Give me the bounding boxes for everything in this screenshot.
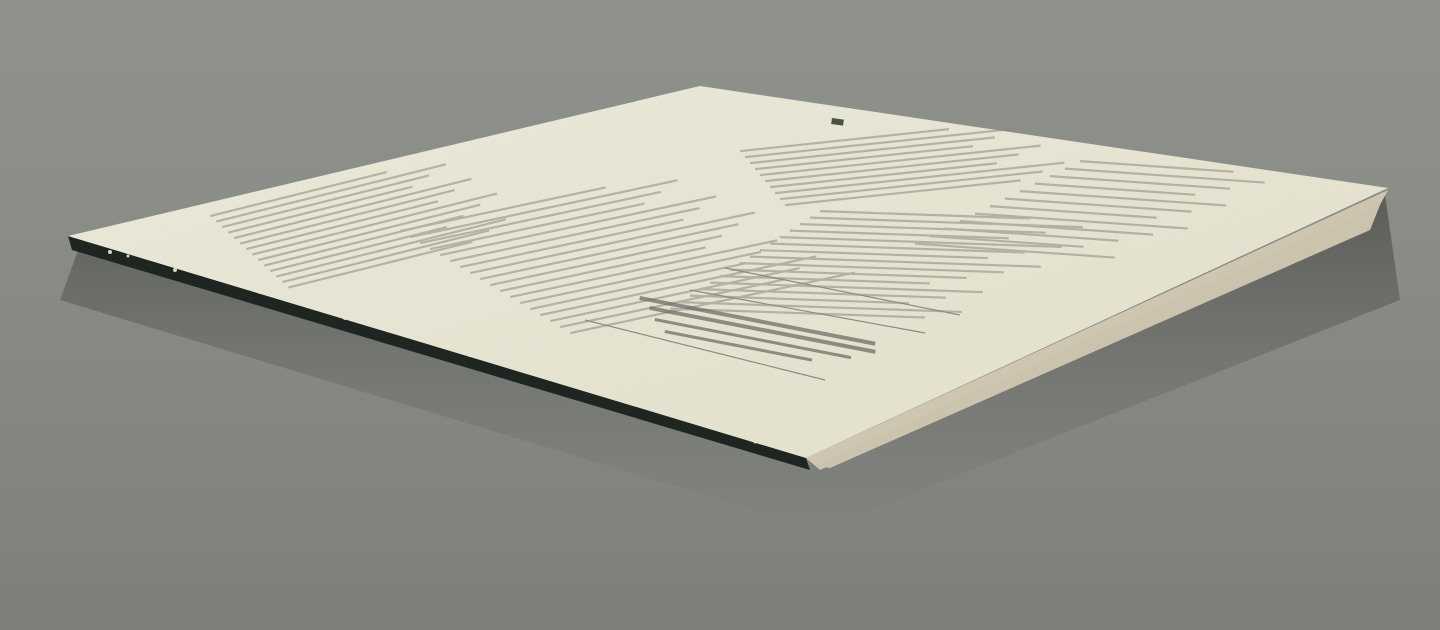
photo-scene [0,0,1440,630]
sleeve-top-face [68,86,1388,458]
record-sleeve-illustration [0,0,1440,630]
